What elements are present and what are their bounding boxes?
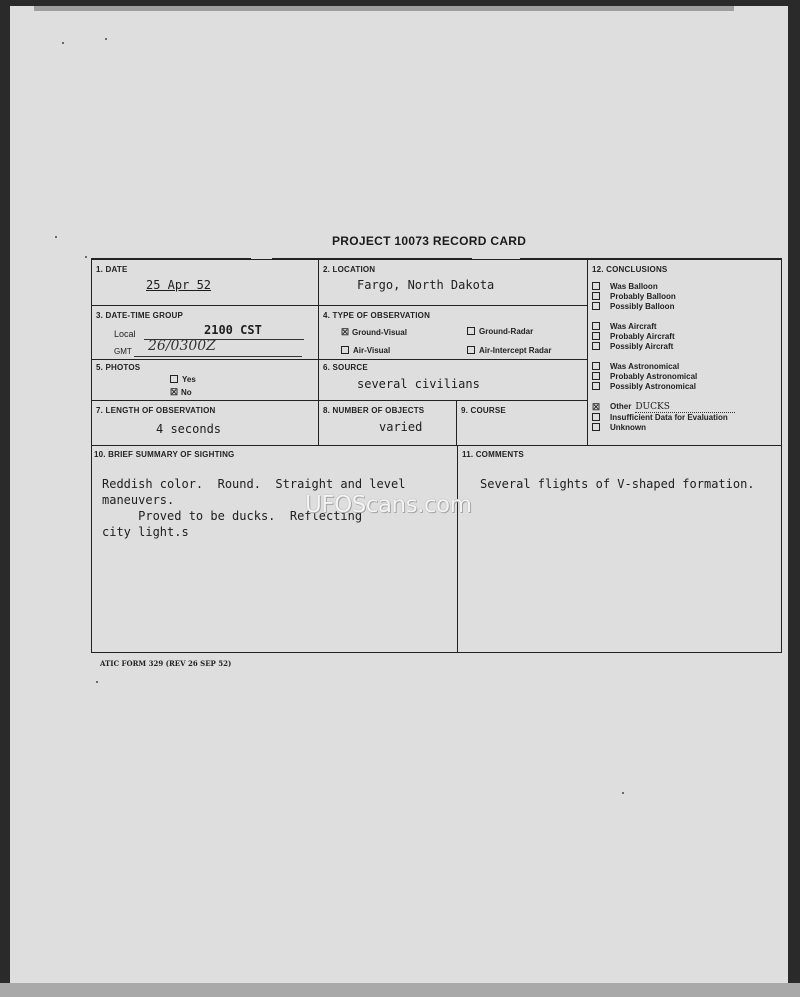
conclusions-label: 12. CONCLUSIONS (592, 265, 667, 274)
conclusion-other[interactable]: ☒OtherDUCKS (592, 402, 735, 413)
watermark: UFOScans.com (305, 492, 472, 518)
checkbox-empty-icon (592, 282, 600, 290)
checkbox-checked-icon: ☒ (341, 327, 349, 338)
conclusion-possibly-astronomical[interactable]: Possibly Astronomical (592, 382, 735, 392)
checkbox-empty-icon (592, 362, 600, 370)
option-photos-yes[interactable]: Yes (170, 375, 196, 384)
checkbox-empty-icon (170, 375, 178, 383)
gmt-time-value: 26/0300Z (148, 338, 216, 354)
option-photos-no[interactable]: ☒No (170, 387, 192, 398)
scan-edge-top (34, 6, 734, 11)
date-field: 1. DATE 25 Apr 52 (91, 259, 319, 306)
option-air-visual[interactable]: Air-Visual (341, 346, 390, 355)
checkbox-checked-icon: ☒ (592, 402, 600, 412)
record-card: 1. DATE 25 Apr 52 2. LOCATION Fargo, Nor… (91, 259, 782, 653)
card-title: PROJECT 10073 RECORD CARD (332, 234, 526, 248)
type-of-observation-field: 4. TYPE OF OBSERVATION ☒Ground-Visual Gr… (318, 305, 588, 360)
conclusions-list: Was Balloon Probably Balloon Possibly Ba… (592, 282, 735, 433)
conclusion-probably-aircraft[interactable]: Probably Aircraft (592, 332, 735, 342)
location-label: 2. LOCATION (323, 265, 375, 274)
conclusion-was-balloon[interactable]: Was Balloon (592, 282, 735, 292)
option-air-intercept-radar[interactable]: Air-Intercept Radar (467, 346, 551, 355)
scan-speck (96, 681, 98, 683)
scan-speck (105, 38, 107, 40)
date-time-group-field: 3. DATE-TIME GROUP Local 2100 CST GMT 26… (91, 305, 319, 360)
gmt-label: GMT (114, 347, 132, 356)
number-of-objects-value: varied (379, 420, 422, 434)
checkbox-empty-icon (592, 342, 600, 350)
checkbox-empty-icon (592, 292, 600, 300)
date-value: 25 Apr 52 (146, 278, 211, 292)
form-number: ATIC FORM 329 (REV 26 SEP 52) (100, 659, 231, 668)
conclusion-probably-balloon[interactable]: Probably Balloon (592, 292, 735, 302)
length-of-observation-label: 7. LENGTH OF OBSERVATION (96, 406, 215, 415)
brief-summary-line: city light.s (102, 525, 189, 539)
brief-summary-line: maneuvers. (102, 493, 174, 507)
type-of-observation-label: 4. TYPE OF OBSERVATION (323, 311, 430, 320)
photos-label: 5. PHOTOS (96, 363, 140, 372)
conclusion-insufficient-data[interactable]: Insufficient Data for Evaluation (592, 413, 735, 423)
source-value: several civilians (357, 377, 480, 391)
option-ground-radar[interactable]: Ground-Radar (467, 327, 533, 336)
checkbox-empty-icon (592, 382, 600, 390)
checkbox-empty-icon (592, 332, 600, 340)
photos-field: 5. PHOTOS Yes ☒No (91, 359, 319, 401)
checkbox-empty-icon (592, 302, 600, 310)
date-label: 1. DATE (96, 265, 127, 274)
length-of-observation-field: 7. LENGTH OF OBSERVATION 4 seconds (91, 400, 319, 446)
checkbox-empty-icon (592, 372, 600, 380)
conclusion-was-aircraft[interactable]: Was Aircraft (592, 322, 735, 332)
source-label: 6. SOURCE (323, 363, 368, 372)
local-label: Local (114, 329, 136, 339)
course-label: 9. COURSE (461, 406, 506, 415)
conclusion-was-astronomical[interactable]: Was Astronomical (592, 362, 735, 372)
scan-edge-bottom (0, 983, 800, 997)
scan-speck (622, 792, 624, 794)
conclusion-unknown[interactable]: Unknown (592, 423, 735, 433)
date-time-group-label: 3. DATE-TIME GROUP (96, 311, 183, 320)
brief-summary-line: Reddish color. Round. Straight and level (102, 477, 405, 491)
source-field: 6. SOURCE several civilians (318, 359, 588, 401)
brief-summary-field: 10. BRIEF SUMMARY OF SIGHTING Reddish co… (91, 445, 458, 653)
scan-speck (62, 42, 64, 44)
comments-value: Several flights of V-shaped formation. (480, 477, 755, 491)
course-field: 9. COURSE (456, 400, 588, 446)
comments-field: 11. COMMENTS Several flights of V-shaped… (457, 445, 782, 653)
checkbox-empty-icon (592, 423, 600, 431)
brief-summary-label: 10. BRIEF SUMMARY OF SIGHTING (94, 450, 234, 459)
conclusion-possibly-aircraft[interactable]: Possibly Aircraft (592, 342, 735, 352)
option-ground-visual[interactable]: ☒Ground-Visual (341, 327, 407, 338)
location-field: 2. LOCATION Fargo, North Dakota (318, 259, 588, 306)
checkbox-empty-icon (467, 327, 475, 335)
scan-speck (55, 236, 57, 238)
checkbox-empty-icon (592, 322, 600, 330)
number-of-objects-field: 8. NUMBER OF OBJECTS varied (318, 400, 457, 446)
checkbox-checked-icon: ☒ (170, 387, 178, 398)
length-of-observation-value: 4 seconds (156, 422, 221, 436)
checkbox-empty-icon (592, 413, 600, 421)
number-of-objects-label: 8. NUMBER OF OBJECTS (323, 406, 424, 415)
checkbox-empty-icon (341, 346, 349, 354)
local-time-value: 2100 CST (204, 323, 262, 337)
checkbox-empty-icon (467, 346, 475, 354)
location-value: Fargo, North Dakota (357, 278, 494, 292)
conclusion-possibly-balloon[interactable]: Possibly Balloon (592, 302, 735, 312)
scan-speck (85, 256, 87, 258)
conclusion-probably-astronomical[interactable]: Probably Astronomical (592, 372, 735, 382)
comments-label: 11. COMMENTS (462, 450, 524, 459)
conclusions-field: 12. CONCLUSIONS Was Balloon Probably Bal… (587, 259, 782, 446)
conclusion-other-value: DUCKS (635, 402, 735, 413)
